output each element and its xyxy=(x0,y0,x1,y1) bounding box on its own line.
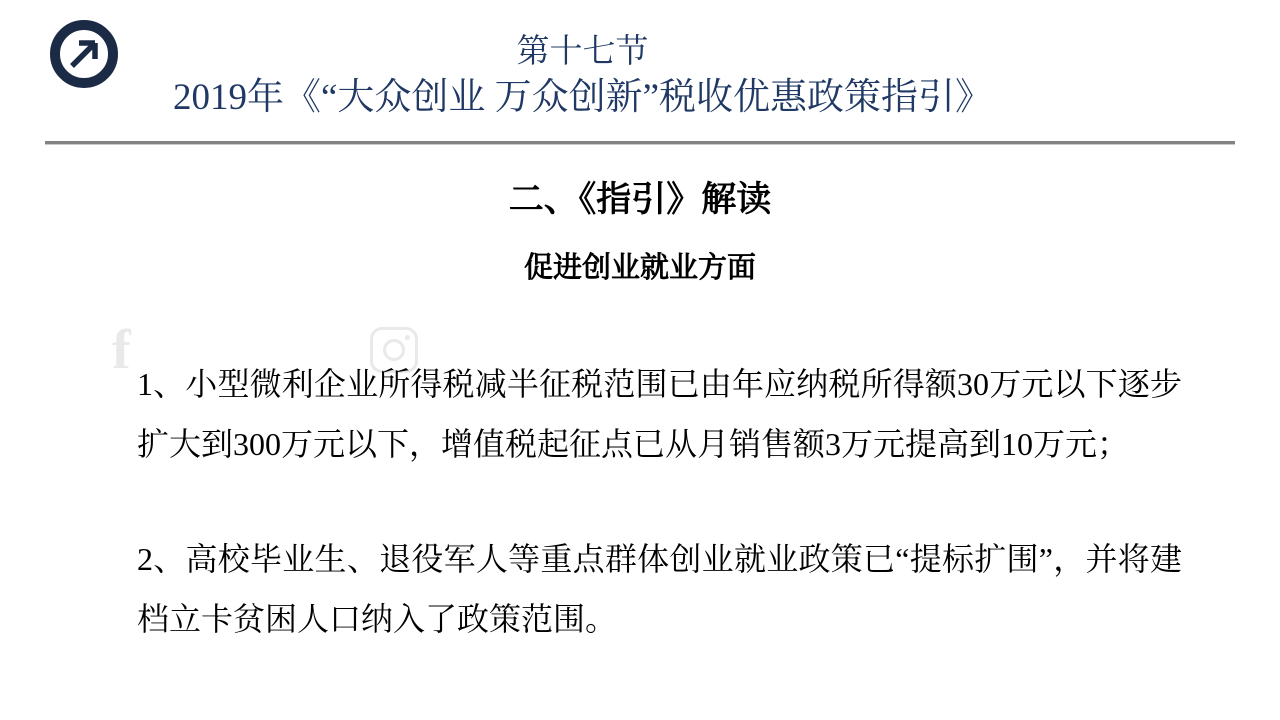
paragraph-2: 2、高校毕业生、退役军人等重点群体创业就业政策已“提标扩围”，并将建档立卡贫困人… xyxy=(137,529,1182,649)
slide-body: 1、小型微利企业所得税减半征税范围已由年应纳税所得额30万元以下逐步扩大到300… xyxy=(137,354,1182,704)
paragraph-1: 1、小型微利企业所得税减半征税范围已由年应纳税所得额30万元以下逐步扩大到300… xyxy=(137,354,1182,474)
camera-flash-dot-icon xyxy=(405,335,410,340)
slide: 第十七节 2019年《“大众创业 万众创新”税收优惠政策指引》 二、《指引》解读… xyxy=(0,0,1280,720)
section-subheading: 促进创业就业方面 xyxy=(0,250,1280,286)
facebook-watermark-icon: f xyxy=(112,322,131,378)
section-heading: 二、《指引》解读 xyxy=(0,180,1280,220)
section-title: 第十七节 xyxy=(0,30,1165,74)
document-title: 2019年《“大众创业 万众创新”税收优惠政策指引》 xyxy=(0,74,1165,122)
slide-header: 第十七节 2019年《“大众创业 万众创新”税收优惠政策指引》 xyxy=(0,30,1165,122)
header-divider xyxy=(45,141,1235,144)
